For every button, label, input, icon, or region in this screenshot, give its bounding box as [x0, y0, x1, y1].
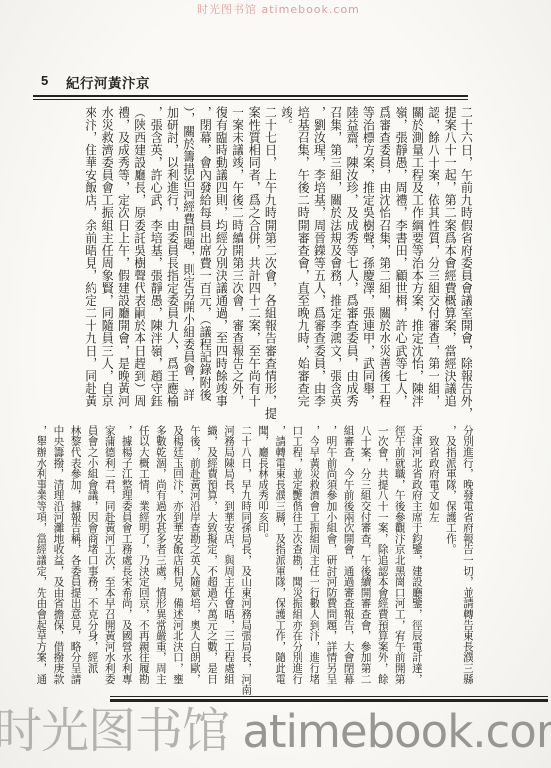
scanned-book-page: 时光图书馆 atimebook.com 5 紀行河黃汴京 二十六日，午前九時假省… — [0, 0, 551, 768]
page-number: 5 — [41, 73, 48, 88]
text-column: 天津河北省政府主席于鈞鑒，建設廳鑒，徑辰電計達， — [405, 425, 422, 697]
watermark-bottom-url: atimebook.com — [229, 705, 551, 758]
text-column: 中央籌撥，清理沿河灘地收益，及由省擔保，借撥庚款 — [46, 425, 63, 697]
text-column: 織，及經費預算，大致擬定，不超過六萬元之數，是日 — [200, 425, 217, 697]
text-column: ，及指派軍隊，保護工作。 — [439, 425, 456, 697]
text-column: 任以大概工情，業經明了，乃決定回京，不再親往履勘 — [132, 425, 149, 697]
text-column: ，據楊子江整理委員會工務處長宋希尚，及國營水利專 — [115, 425, 132, 697]
text-column: 口工程，並定艷偕往工次查勘，聞災振組亦在分別進行 — [285, 425, 302, 697]
text-column: 二十六日，午前九時假省府委員會議室開會，除報告外， — [456, 106, 472, 422]
text-column: ，劉汝瑆，李培基，周晉鑅等五人，爲審查委員，由李 — [309, 106, 325, 422]
text-column: 來汴，住華安飯店，余前晤見，約定二十九日，同赴黃 — [80, 106, 96, 422]
book-title: 紀行河黃汴京 — [66, 72, 150, 92]
text-column: 等治標方案，推定吳樹聲，孫慶澤，張連甲，武同舉， — [358, 106, 374, 422]
text-column: 竣。 — [276, 106, 292, 422]
text-column: （陝西建設廳長，原委託吳樹聲代表嗣於本日趕到）周 — [129, 106, 145, 422]
watermark-top: 时光图书馆 atimebook.com — [197, 1, 360, 17]
footer-rule-thick-line — [110, 699, 548, 702]
text-column: 培基召集，午後二時開審查會，直至晚九時，始審查完 — [292, 106, 308, 422]
top-text-block: 二十六日，午前九時假省府委員會議室開會，除報告外，提案八十一起，第二案爲本會經費… — [80, 106, 472, 422]
text-column: ），關於籌措治河經費問題，則定另開小組委員會，詳 — [178, 106, 194, 422]
text-column: 陸益齋，陳汝珍，及成秀等七人，爲審查委員，由成秀 — [341, 106, 357, 422]
footer-rule-thin-line — [110, 696, 548, 697]
text-column: 午後，前赴黃河沿岸查勘之英人隨斌培，奧人白朗歐， — [183, 425, 200, 697]
text-column: 復有臨時動議四則，均經分別決議通過，至四時餘竣事 — [211, 106, 227, 422]
bottom-text-block: 分別進行，晚發電省府報告一切，並請轉告東長濮三縣，及指派軍隊，保護工作。 致省政… — [29, 425, 473, 697]
text-column: 八十案，分三組交付審查，午後續開審查會，參加第二 — [354, 425, 371, 697]
watermark-bottom-chinese: 时光图书馆 — [0, 703, 229, 759]
text-column: 聞，廳長林成秀叩亥印。 — [251, 425, 268, 697]
text-column: 分別進行，晚發電省府報告一切，並請轉告東長濮三縣 — [456, 425, 473, 697]
text-column: 徑午前就職，午後參觀汴京北黑崗口河工，宥午前開第 — [388, 425, 405, 697]
header-rule-thick-line — [33, 95, 468, 97]
text-column: 一次會，共提八十一案，除追認本會經費預算案外，餘 — [371, 425, 388, 697]
text-column: 及楊廷玉回汴，亦到華安飯店相見，備述河北決口，壅 — [166, 425, 183, 697]
text-column: 多數乾涸，尚有過水甚多者三處，情形異常嚴重，周主 — [149, 425, 166, 697]
text-column: 河務局陳局長，到華安店，與周主任會晤，三工程處組 — [217, 425, 234, 697]
text-column: ，張含英，許心武，李培基，張靜愚，陳泮嶺，趙守鈺 — [145, 106, 161, 422]
text-column: 召集，第三組，關於法規及會務，推定李鴻文，張含英 — [325, 106, 341, 422]
text-column: 二十八日，早九時同孫局長，及山東河務局張局長，河南 — [234, 425, 251, 697]
text-column: 加研討，以利進行，由委員長指定委員九人，爲王應榆 — [162, 106, 178, 422]
text-column: 關於測量工程及工作綱要等治本方案，推定沈怡，陳泮 — [407, 106, 423, 422]
text-column: 一案未議竣，午後二時續開第三次會，審查報告之外， — [227, 106, 243, 422]
text-column: 水災救濟委員會工振組主任周象賢，同隨員三人，自京 — [96, 106, 112, 422]
text-column: 案性質相同者，爲之合併，共計四十二案，至午尚有十 — [243, 106, 259, 422]
text-column: 員會之小組會議，因會商堵口事務，不克分身，經派 — [81, 425, 98, 697]
watermark-bottom: 时光图书馆 atimebook.com — [0, 705, 551, 758]
text-column: 禮，及成秀等，定次日上午，假建設廳開會，是晚黃河 — [113, 106, 129, 422]
text-column: 組審查，今午前後兩次開會，通過審查報告，大會閉幕 — [337, 425, 354, 697]
text-column: 爲審查委員，由沈怡召集，第二組，關於水災善後工程 — [374, 106, 390, 422]
text-column: 認，餘八十案，依其性質，分三組交付審查，第一組， — [423, 106, 439, 422]
text-column: 致省政府電文如左 — [422, 425, 439, 697]
text-column: ，請轉電東長濮三縣，及指派軍隊，保護工作，隨此電 — [268, 425, 285, 697]
text-column: 嶺，張靜愚，周禮，李書田，顧世楫，許心武等七人， — [390, 106, 406, 422]
text-column: ，舉辦水利事業等項，當經議定，先由會起草方案，通 — [29, 425, 46, 697]
text-column: 家蒲德利二君，同赴黃河工次，至本早召開黃河水利委 — [98, 425, 115, 697]
header-rule-thin-line — [33, 99, 468, 100]
text-column: 二十七日，上午九時開第二次會，各組報告審查情形，提 — [260, 106, 276, 422]
text-column: ，今早黃災救濟會工振組周主任一行數人到汴，進行堵 — [302, 425, 319, 697]
text-column: 林黎代表參加，據報告稱，各委員提出意見，略分呈請 — [64, 425, 81, 697]
text-column: ，閉幕，會內發給每員出席費一百元，（議程記錄附後 — [194, 106, 210, 422]
text-column: 提案八十一起，第二案爲本會經費概算案，當經決議追 — [439, 106, 455, 422]
text-column: ，明午前尚須參加小組會，研討河防費問題，詳情另呈 — [319, 425, 336, 697]
